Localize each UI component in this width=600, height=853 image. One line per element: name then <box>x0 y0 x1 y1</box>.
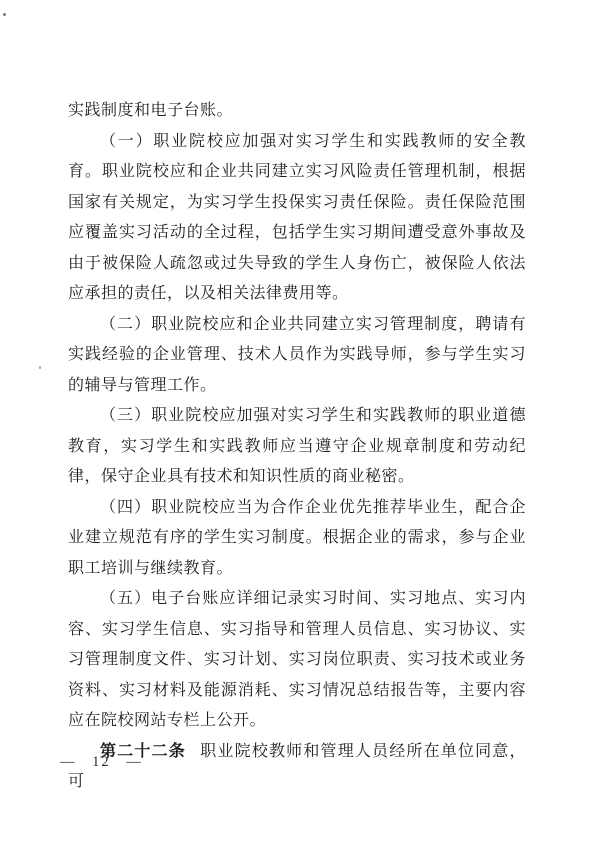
paragraph-text: （一）职业院校应加强对实习学生和实践教师的安全教育。职业院校应和企业共同建立实习… <box>68 133 526 303</box>
paragraph-text: （二）职业院校应和企业共同建立实习管理制度，聘请有实践经验的企业管理、技术人员作… <box>68 316 526 394</box>
paragraph: （三）职业院校应加强对实习学生和实践教师的职业道德教育，实习学生和实践教师应当遵… <box>68 401 526 493</box>
scan-speck <box>3 13 6 16</box>
scan-speck <box>39 366 41 369</box>
paragraph: （一）职业院校应加强对实习学生和实践教师的安全教育。职业院校应和企业共同建立实习… <box>68 127 526 310</box>
page-number: — 12 — <box>60 754 143 771</box>
paragraph-text: 实践制度和电子台账。 <box>68 102 233 119</box>
paragraph-text: （四）职业院校应当为合作企业优先推荐毕业生，配合企业建立规范有序的学生实习制度。… <box>68 499 526 577</box>
paragraph: （二）职业院校应和企业共同建立实习管理制度，聘请有实践经验的企业管理、技术人员作… <box>68 310 526 402</box>
paragraph: 实践制度和电子台账。 <box>68 96 526 127</box>
paragraph-text: （三）职业院校应加强对实习学生和实践教师的职业道德教育，实习学生和实践教师应当遵… <box>68 407 526 485</box>
paragraph-text: （五）电子台账应详细记录实习时间、实习地点、实习内容、实习学生信息、实习指导和管… <box>68 590 526 729</box>
paragraph: （五）电子台账应详细记录实习时间、实习地点、实习内容、实习学生信息、实习指导和管… <box>68 584 526 737</box>
document-page: 实践制度和电子台账。（一）职业院校应加强对实习学生和实践教师的安全教育。职业院校… <box>0 0 600 853</box>
document-body: 实践制度和电子台账。（一）职业院校应加强对实习学生和实践教师的安全教育。职业院校… <box>68 96 526 798</box>
paragraph: （四）职业院校应当为合作企业优先推荐毕业生，配合企业建立规范有序的学生实习制度。… <box>68 493 526 585</box>
